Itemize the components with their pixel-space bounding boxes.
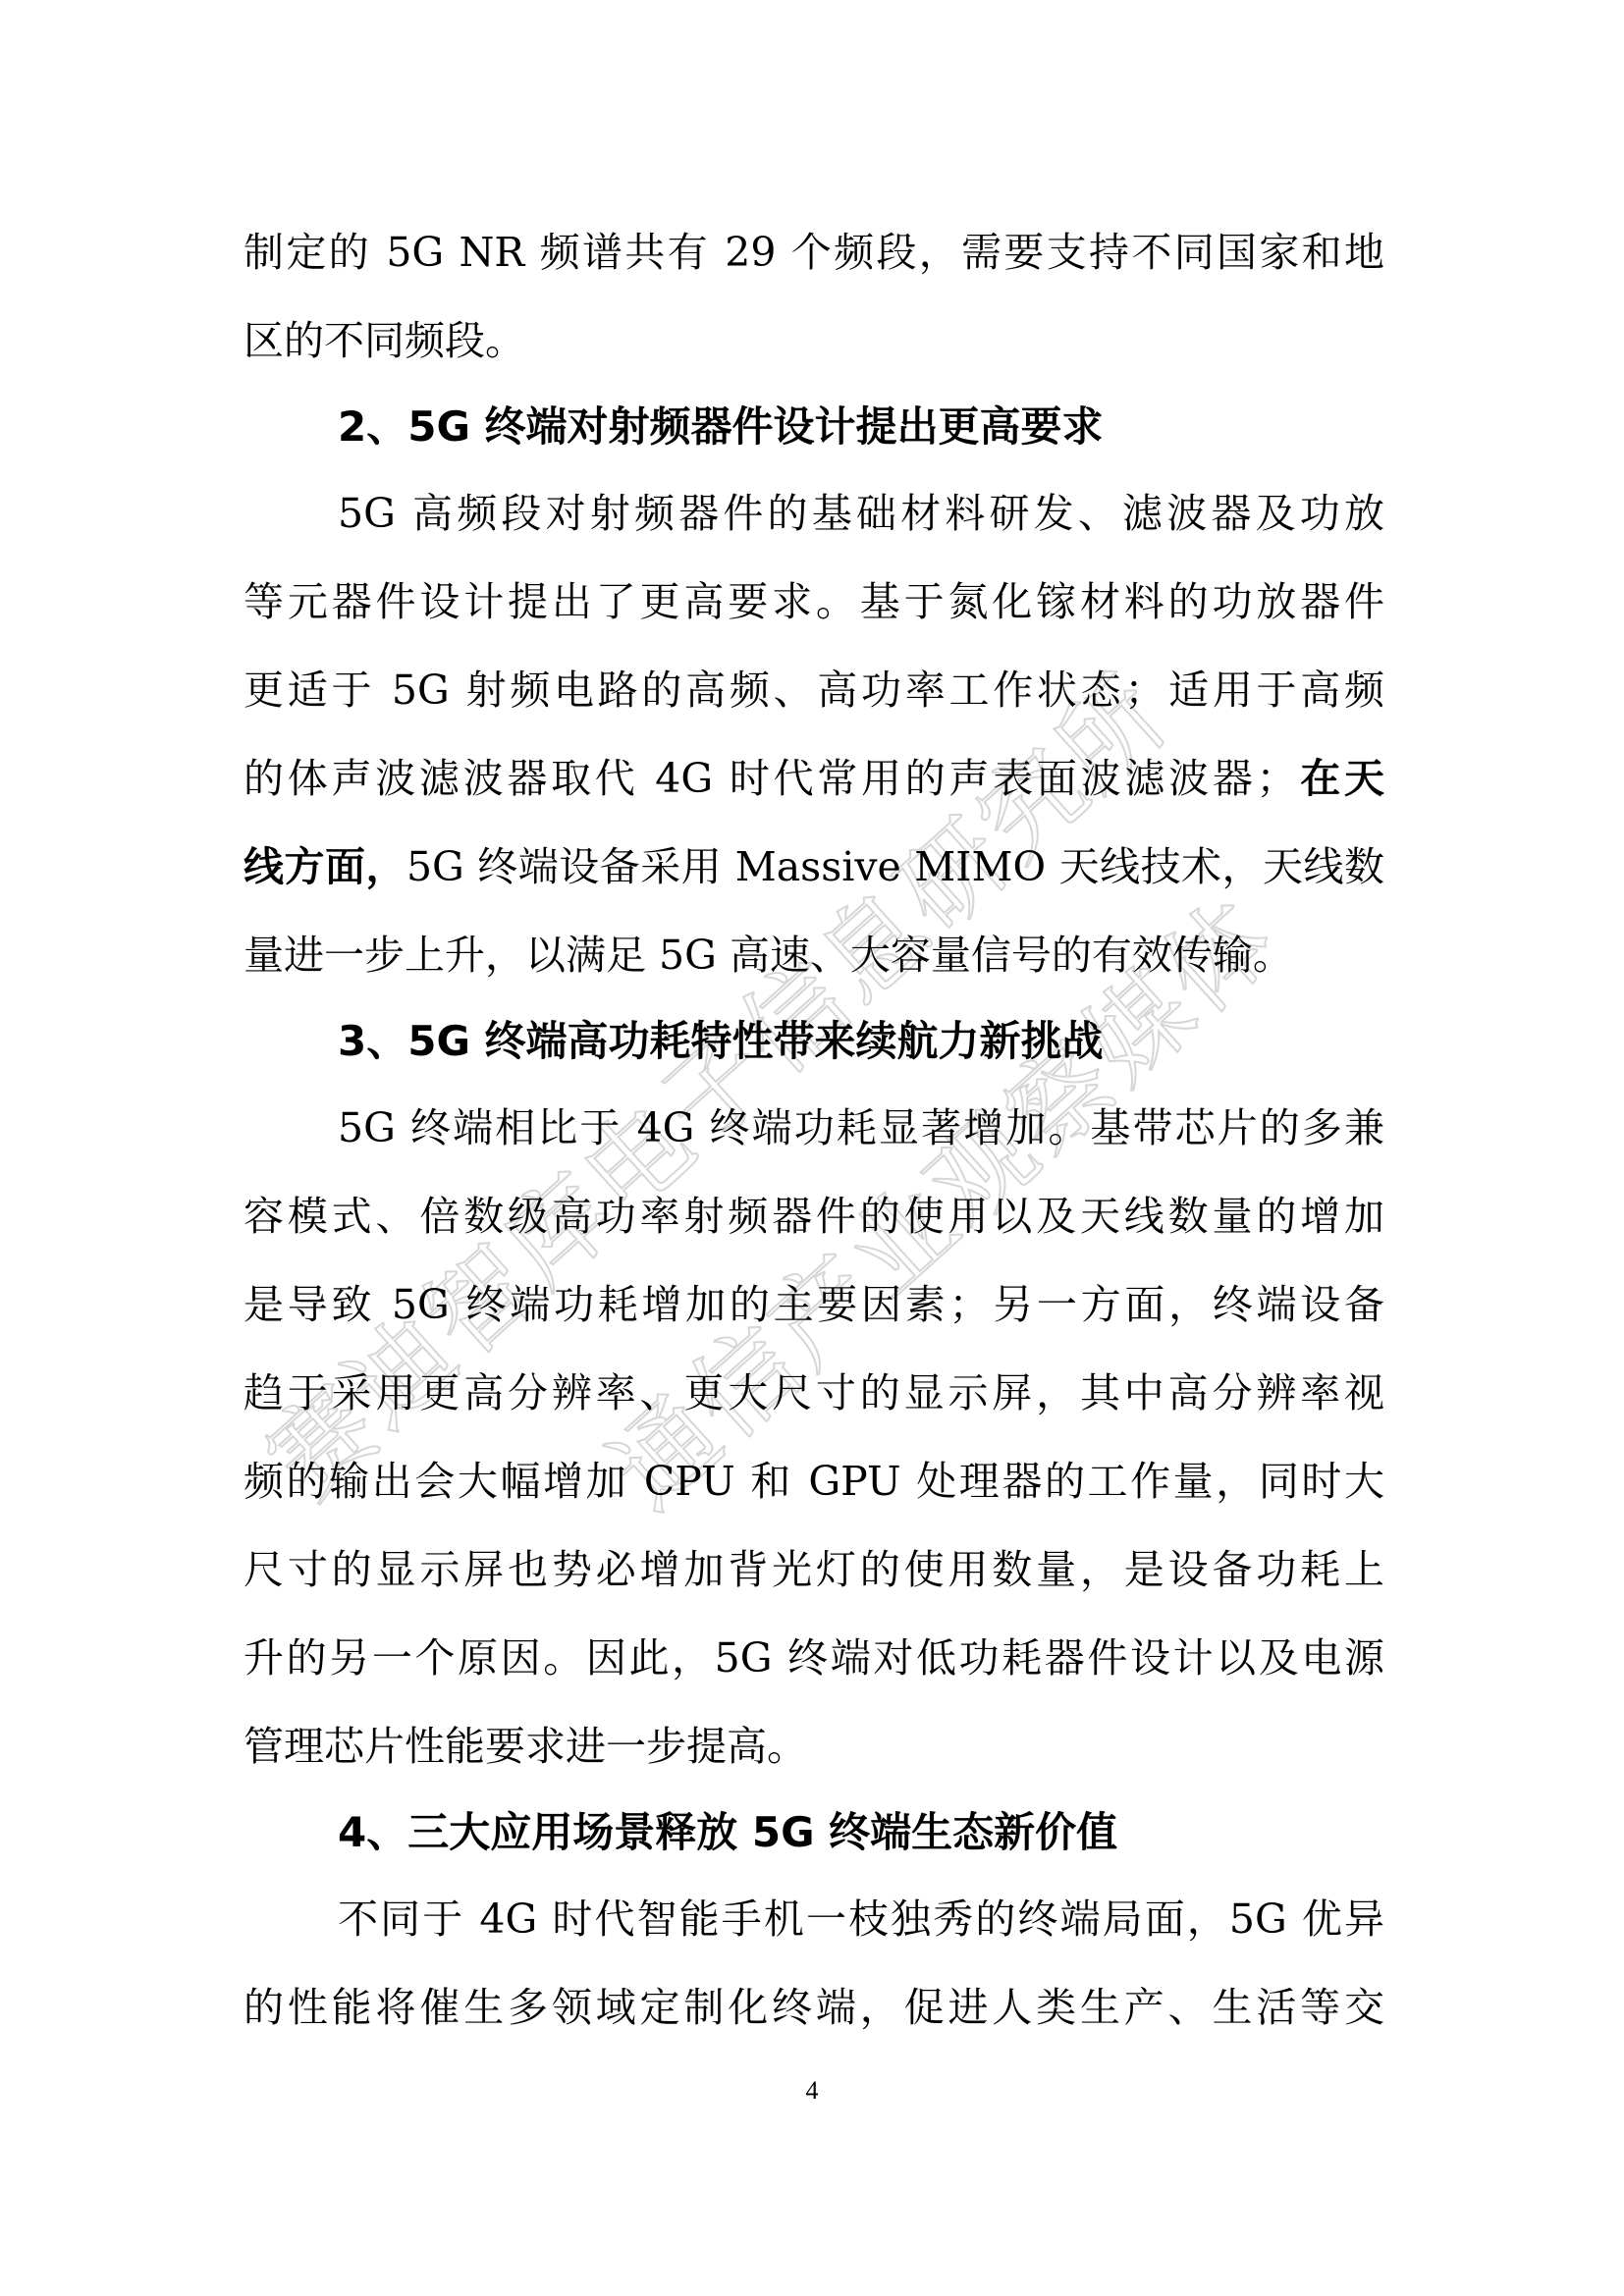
text-line: 管理芯片性能要求进一步提高。 <box>244 1702 1384 1790</box>
text-line: 频的输出会大幅增加 CPU 和 GPU 处理器的工作量，同时大 <box>244 1437 1384 1525</box>
text-line: 的性能将催生多领域定制化终端，促进人类生产、生活等交 <box>244 1963 1384 2052</box>
text-line: 升的另一个原因。因此，5G 终端对低功耗器件设计以及电源 <box>244 1614 1384 1702</box>
bold-emphasis: 线方面， <box>244 843 406 890</box>
text-line: 尺寸的显示屏也势必增加背光灯的使用数量，是设备功耗上 <box>244 1525 1384 1614</box>
text-line: 的体声波滤波器取代 4G 时代常用的声表面波滤波器；在天 <box>244 734 1384 823</box>
page-number: 4 <box>0 2073 1624 2109</box>
text-line: 制定的 5G NR 频谱共有 29 个频段，需要支持不同国家和地 <box>244 208 1384 296</box>
section-heading-3: 3、5G 终端高功耗特性带来续航力新挑战 <box>244 999 1384 1084</box>
text-fragment: 的体声波滤波器取代 4G 时代常用的声表面波滤波器； <box>244 755 1297 802</box>
text-line: 线方面，5G 终端设备采用 Massive MIMO 天线技术，天线数 <box>244 823 1384 911</box>
document-page: 赛迪智库电子信息研究所 通信产业观察媒体 制定的 5G NR 频谱共有 29 个… <box>0 0 1624 2296</box>
text-line: 更适于 5G 射频电路的高频、高功率工作状态；适用于高频 <box>244 646 1384 734</box>
text-line: 趋于采用更高分辨率、更大尺寸的显示屏，其中高分辨率视 <box>244 1349 1384 1437</box>
bold-emphasis: 在天 <box>1297 755 1384 802</box>
text-line: 容模式、倍数级高功率射频器件的使用以及天线数量的增加 <box>244 1172 1384 1260</box>
section-heading-4: 4、三大应用场景释放 5G 终端生态新价值 <box>244 1790 1384 1875</box>
text-line: 等元器件设计提出了更高要求。基于氮化镓材料的功放器件 <box>244 558 1384 646</box>
paragraph-power-consumption: 5G 终端相比于 4G 终端功耗显著增加。基带芯片的多兼 容模式、倍数级高功率射… <box>244 1084 1384 1790</box>
text-line: 5G 终端相比于 4G 终端功耗显著增加。基带芯片的多兼 <box>244 1084 1384 1172</box>
paragraph-application-scenarios: 不同于 4G 时代智能手机一枝独秀的终端局面，5G 优异 的性能将催生多领域定制… <box>244 1875 1384 2052</box>
text-line: 5G 高频段对射频器件的基础材料研发、滤波器及功放 <box>244 469 1384 558</box>
paragraph-continuation: 制定的 5G NR 频谱共有 29 个频段，需要支持不同国家和地 区的不同频段。 <box>244 208 1384 385</box>
paragraph-rf-devices: 5G 高频段对射频器件的基础材料研发、滤波器及功放 等元器件设计提出了更高要求。… <box>244 469 1384 999</box>
text-line: 是导致 5G 终端功耗增加的主要因素；另一方面，终端设备 <box>244 1260 1384 1349</box>
section-heading-2: 2、5G 终端对射频器件设计提出更高要求 <box>244 385 1384 469</box>
text-line: 不同于 4G 时代智能手机一枝独秀的终端局面，5G 优异 <box>244 1875 1384 1963</box>
text-line: 量进一步上升，以满足 5G 高速、大容量信号的有效传输。 <box>244 911 1384 999</box>
text-fragment: 5G 终端设备采用 Massive MIMO 天线技术，天线数 <box>406 843 1384 890</box>
text-line: 区的不同频段。 <box>244 296 1384 385</box>
body-text: 制定的 5G NR 频谱共有 29 个频段，需要支持不同国家和地 区的不同频段。… <box>244 208 1384 2052</box>
